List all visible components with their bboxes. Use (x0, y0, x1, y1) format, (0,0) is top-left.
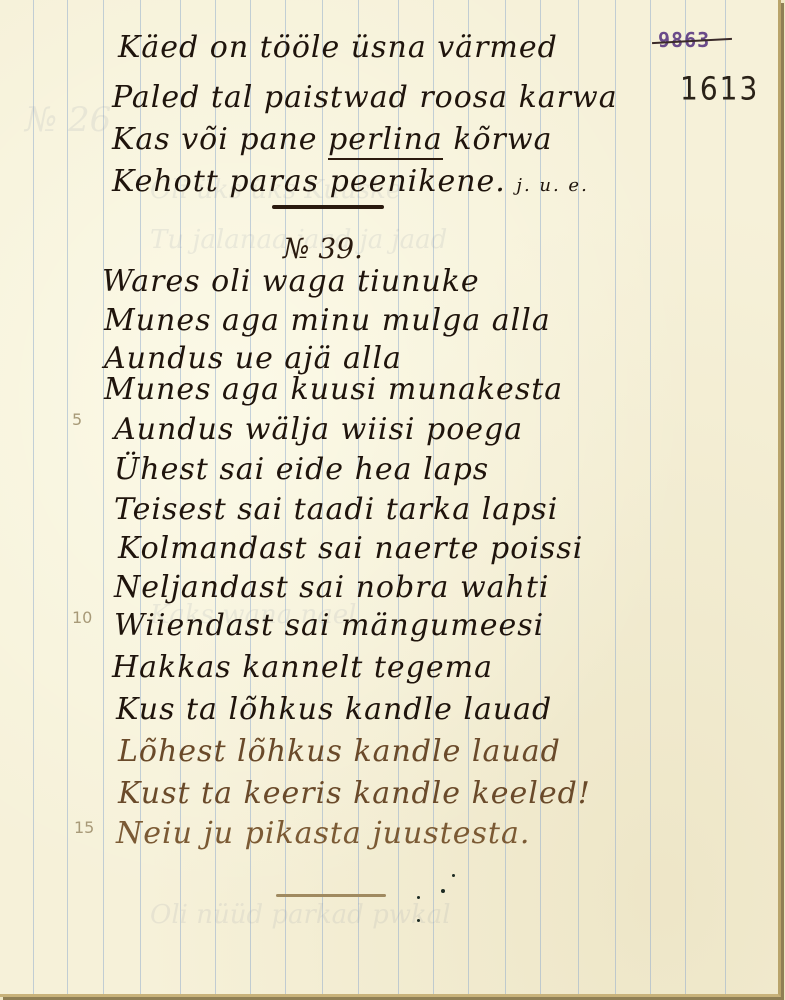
bleed-through: № 26 (25, 100, 111, 140)
song-line: Neiu ju pikasta juustesta. (116, 816, 530, 851)
song-line: Kus ta lõhkus kandle lauad (116, 692, 552, 727)
song-line: Kust ta keeris kandle keeled! (118, 776, 591, 811)
song-line: Wiiendast sai mängumeesi (114, 608, 544, 643)
line-part: Kas või pane (112, 122, 328, 157)
section-divider (272, 205, 384, 209)
ruled-line (615, 0, 616, 994)
archive-number: 1613 (680, 70, 759, 108)
ink-speck (417, 896, 420, 899)
manuscript-page: № 26 Oli üks üks Kuuske Tu jalanaa jaad … (0, 0, 781, 997)
abbreviation: j. u. e. (516, 175, 588, 196)
underlined-word: perlina (328, 122, 443, 160)
ink-speck (452, 874, 455, 877)
previous-song-line: Paled tal paistwad roosa karwa (112, 80, 618, 115)
song-line: Neljandast sai nobra wahti (114, 570, 549, 605)
song-line: Aundus wälja wiisi poega (114, 412, 523, 447)
margin-line-number: 15 (74, 818, 94, 837)
song-line: Wares oli waga tiunuke (102, 264, 480, 299)
previous-song-line: Käed on tööle üsna värmed (118, 30, 558, 65)
previous-song-line: Kas või pane perlina kõrwa Kas või pane … (112, 122, 552, 157)
song-line: Aundus ue ajä alla (104, 341, 402, 376)
song-line: Hakkas kannelt tegema (112, 650, 493, 685)
previous-song-text: Kehott paras peenikene. (112, 164, 506, 199)
ink-speck (417, 919, 420, 922)
bleed-through: Oli nüüd parkad pwkal (150, 900, 451, 930)
song-line: Munes aga minu mulga alla (104, 303, 551, 338)
ruled-line (103, 0, 104, 994)
song-number: № 39. (283, 232, 363, 265)
ink-speck (441, 889, 445, 893)
song-line: Teisest sai taadi tarka lapsi (114, 492, 558, 527)
margin-line-number: 10 (72, 608, 92, 627)
end-divider (276, 894, 386, 897)
ruled-line (33, 0, 34, 994)
previous-song-line: Kehott paras peenikene. j. u. e. (112, 164, 589, 199)
song-line: Kolmandast sai naerte poissi (118, 531, 583, 566)
line-part: kõrwa (443, 122, 553, 157)
ruled-line (578, 0, 579, 994)
song-line: Ühest sai eide hea laps (114, 452, 489, 487)
ruled-line (650, 0, 651, 994)
song-line: Munes aga kuusi munakesta (104, 372, 563, 407)
ruled-line (67, 0, 68, 994)
song-line: Lõhest lõhkus kandle lauad (118, 734, 561, 769)
ruled-line (725, 0, 726, 994)
margin-line-number: 5 (72, 410, 82, 429)
ruled-line (685, 0, 686, 994)
